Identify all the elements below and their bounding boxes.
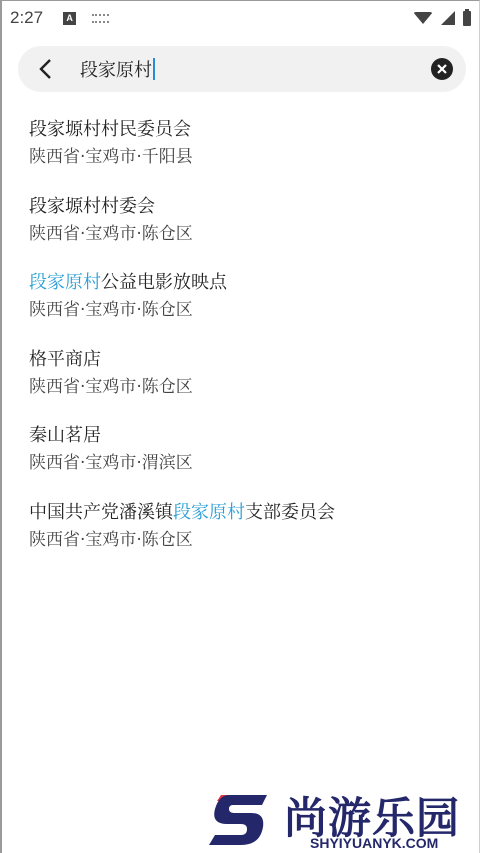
title-text: 格平商店: [29, 349, 101, 370]
search-query: 段家原村: [80, 56, 152, 82]
watermark-url: SHYIYUANYK.COM: [310, 835, 438, 851]
result-address: 陕西省·宝鸡市·千阳县: [29, 144, 452, 170]
chevron-left-icon: [37, 58, 55, 80]
watermark-s-logo-icon: [207, 791, 269, 847]
status-bar: 2:27 A: [2, 1, 479, 35]
result-address: 陕西省·宝鸡市·陈仓区: [29, 297, 452, 323]
title-text: 支部委员会: [245, 502, 335, 523]
result-address: 陕西省·宝鸡市·陈仓区: [29, 527, 452, 553]
result-title: 段家原村公益电影放映点: [29, 270, 452, 296]
result-item[interactable]: 段家塬村村民委员会陕西省·宝鸡市·千阳县: [2, 111, 479, 188]
clear-circle-icon: [437, 64, 447, 74]
signal-icon: [441, 11, 455, 25]
search-results-list: 段家塬村村民委员会陕西省·宝鸡市·千阳县段家塬村村委会陕西省·宝鸡市·陈仓区段家…: [2, 111, 479, 570]
back-button[interactable]: [18, 46, 74, 92]
title-text: 秦山茗居: [29, 425, 101, 446]
highlighted-match: 段家原村: [29, 272, 101, 293]
result-item[interactable]: 格平商店陕西省·宝鸡市·陈仓区: [2, 341, 479, 418]
result-title: 格平商店: [29, 347, 452, 373]
highlighted-match: 段家原村: [173, 502, 245, 523]
result-address: 陕西省·宝鸡市·渭滨区: [29, 450, 452, 476]
status-icons: [413, 11, 471, 26]
result-address: 陕西省·宝鸡市·陈仓区: [29, 374, 452, 400]
keyboard-icon: [92, 14, 109, 23]
result-address: 陕西省·宝鸡市·陈仓区: [29, 221, 452, 247]
status-time: 2:27: [10, 8, 43, 28]
clear-search-button[interactable]: [431, 58, 453, 80]
battery-charging-icon: [463, 11, 471, 26]
title-text: 公益电影放映点: [101, 272, 227, 293]
result-item[interactable]: 段家塬村村委会陕西省·宝鸡市·陈仓区: [2, 188, 479, 265]
title-text: 段家塬村村民委员会: [29, 119, 191, 140]
search-input[interactable]: 段家原村: [80, 56, 431, 82]
result-title: 秦山茗居: [29, 423, 452, 449]
a-app-icon: A: [63, 12, 76, 25]
result-item[interactable]: 秦山茗居陕西省·宝鸡市·渭滨区: [2, 417, 479, 494]
result-item[interactable]: 中国共产党潘溪镇段家原村支部委员会陕西省·宝鸡市·陈仓区: [2, 494, 479, 571]
watermark-logo: 尚游乐园 SHYIYUANYK.COM: [202, 787, 480, 853]
search-bar: 段家原村: [18, 46, 466, 92]
result-item[interactable]: 段家原村公益电影放映点陕西省·宝鸡市·陈仓区: [2, 264, 479, 341]
result-title: 段家塬村村民委员会: [29, 117, 452, 143]
result-title: 中国共产党潘溪镇段家原村支部委员会: [29, 500, 452, 526]
text-caret: [153, 58, 155, 80]
result-title: 段家塬村村委会: [29, 194, 452, 220]
title-text: 段家塬村村委会: [29, 196, 155, 217]
title-text: 中国共产党潘溪镇: [29, 502, 173, 523]
wifi-icon: [413, 12, 433, 24]
